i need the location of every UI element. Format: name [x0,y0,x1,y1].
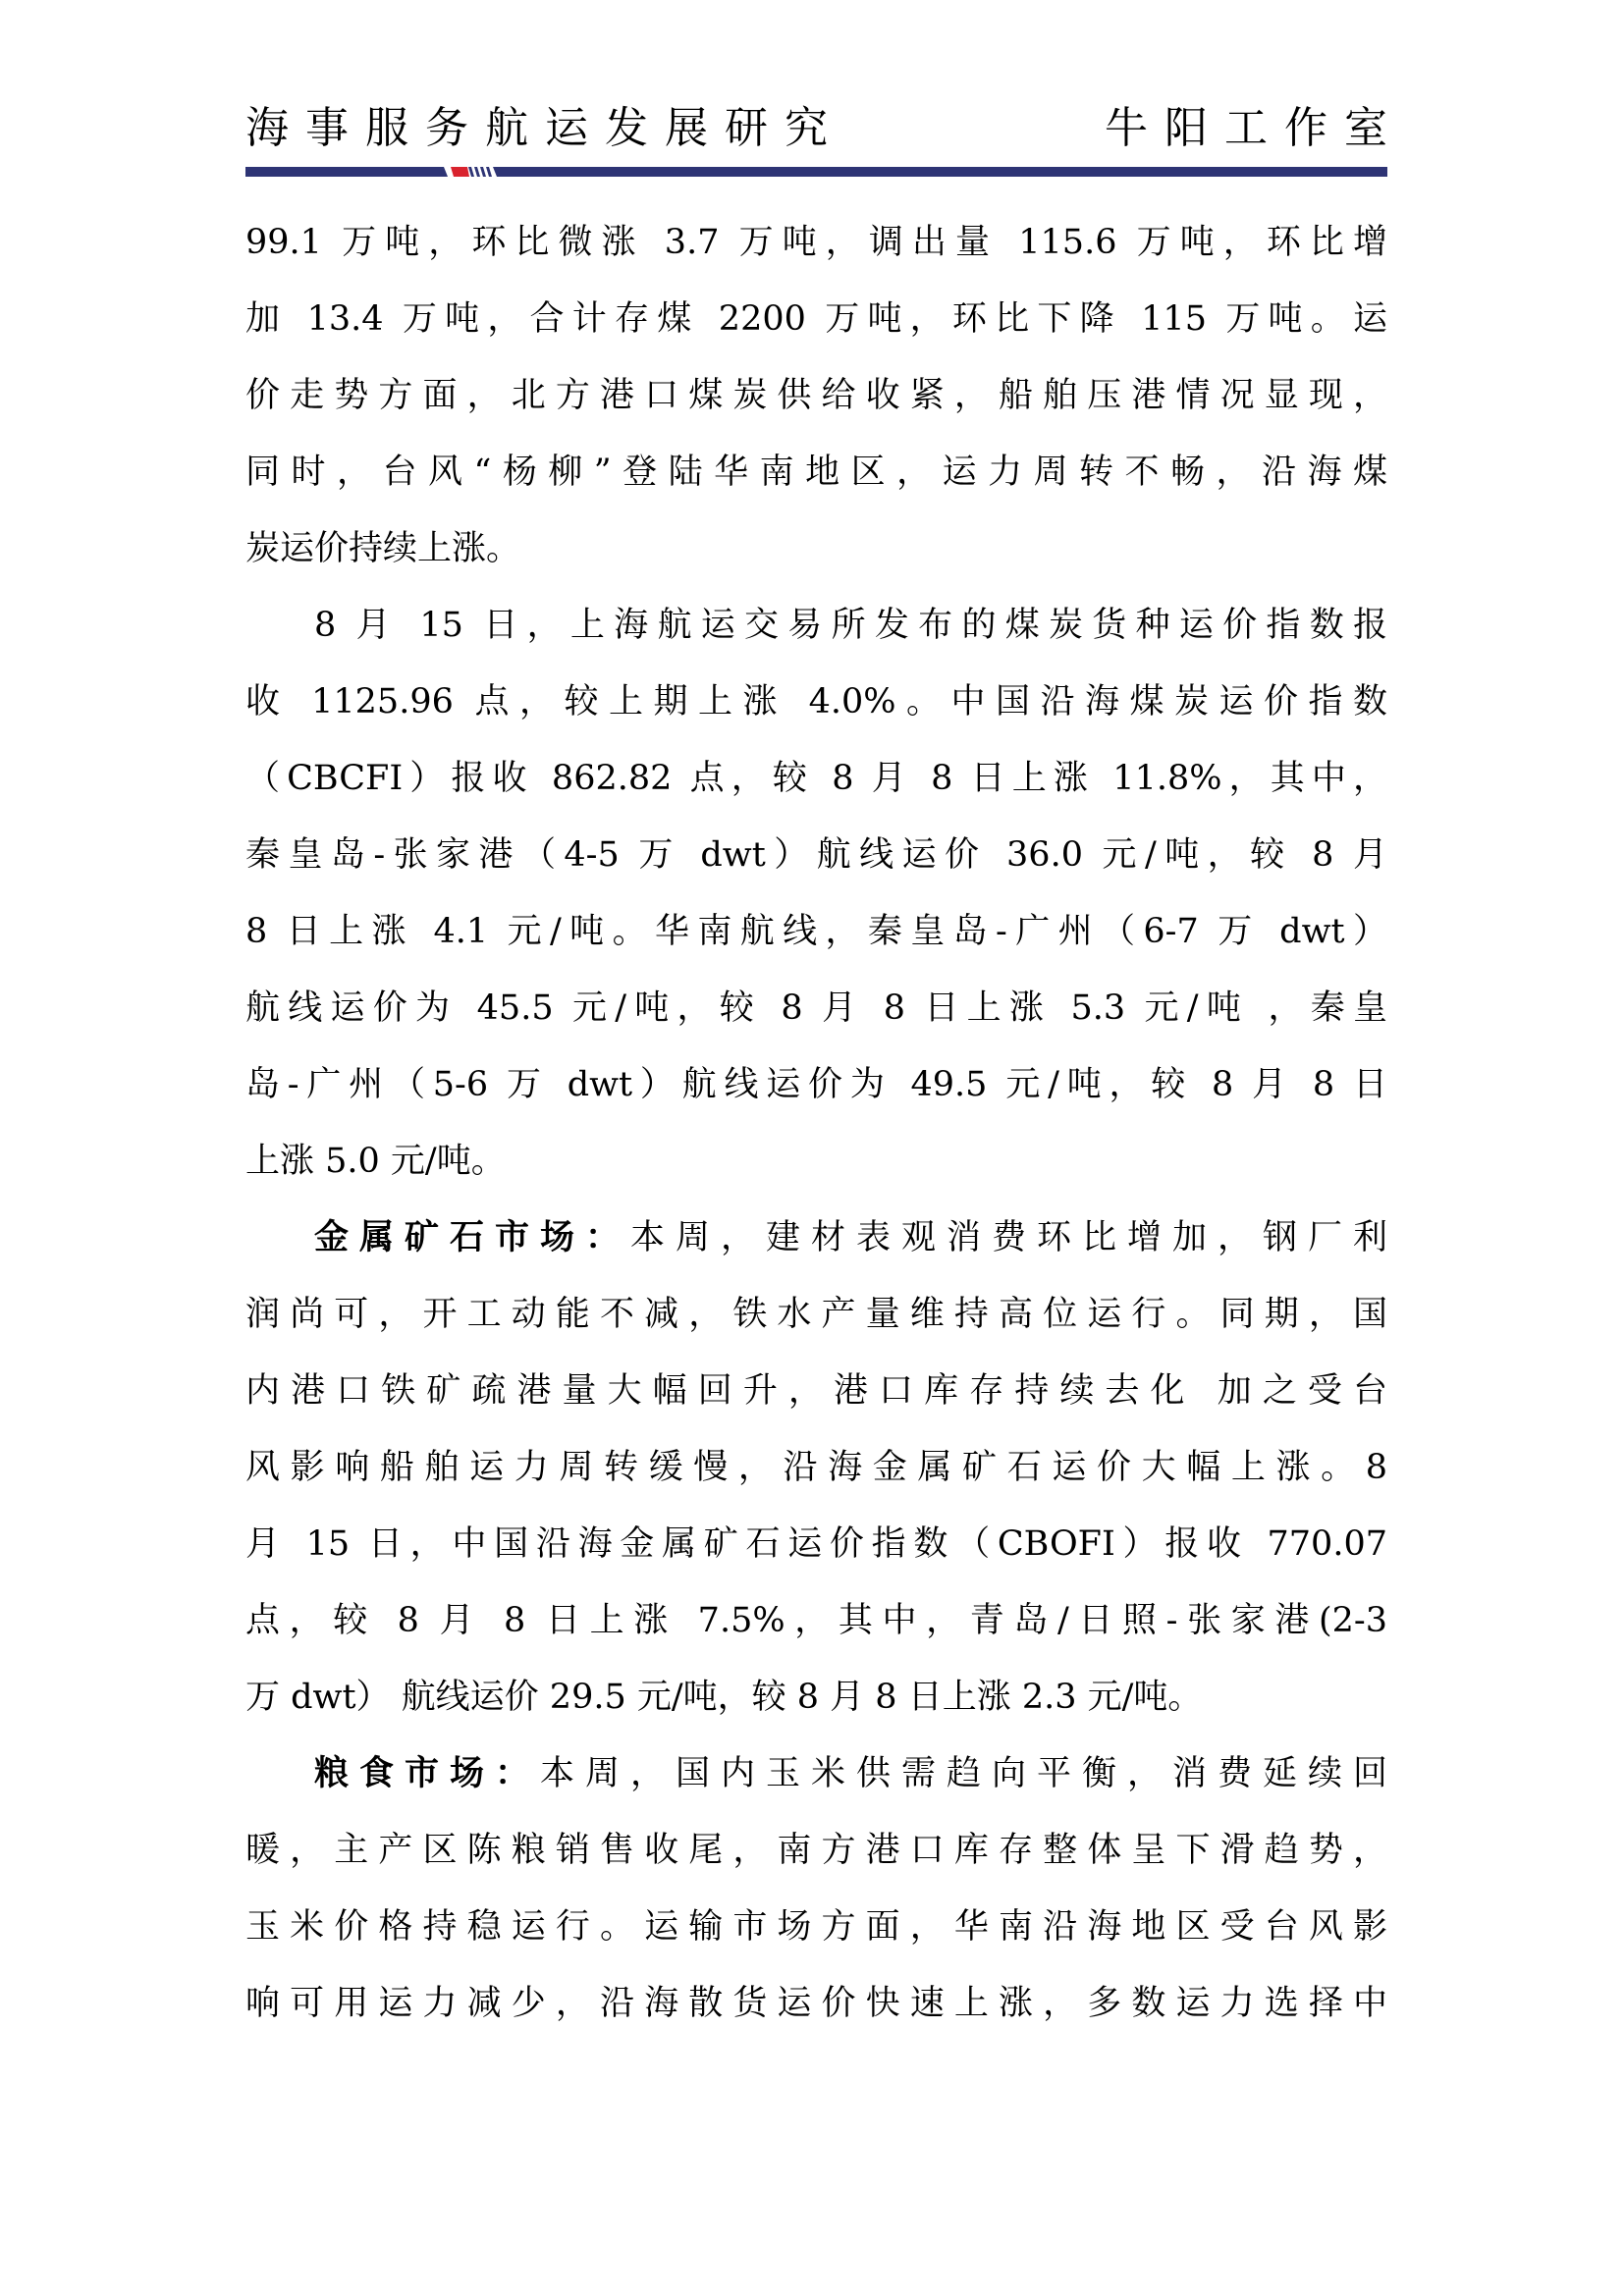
text-line: 价走势方面，北方港口煤炭供给收紧，船舶压港情况显现， [245,357,1387,434]
text-span: 本周，建材表观消费环比增加，钢厂利 [630,1218,1387,1257]
text-line: 粮食市场：本周，国内玉米供需趋向平衡，消费延续回 [245,1735,1387,1812]
text-line: 上涨 5.0 元/吨。 [245,1123,1387,1200]
document-body: 99.1 万吨，环比微涨 3.7 万吨，调出量 115.6 万吨，环比增 加 1… [245,204,1387,2042]
paragraph-coal-stock: 99.1 万吨，环比微涨 3.7 万吨，调出量 115.6 万吨，环比增 加 1… [245,204,1387,587]
text-line: 航线运价为 45.5 元/吨，较 8 月 8 日上涨 5.3 元/吨 ，秦皇 [245,970,1387,1046]
text-line: 8 日上涨 4.1 元/吨。华南航线，秦皇岛-广州（6-7 万 dwt） [245,893,1387,970]
section-lead-grain: 粮食市场： [314,1754,540,1793]
section-lead-metal-ore: 金属矿石市场： [314,1218,630,1257]
text-line: 万 dwt） 航线运价 29.5 元/吨，较 8 月 8 日上涨 2.3 元/吨… [245,1659,1387,1735]
text-line: 润尚可，开工动能不减，铁水产量维持高位运行。同期，国 [245,1276,1387,1353]
text-line: 收 1125.96 点，较上期上涨 4.0%。中国沿海煤炭运价指数 [245,664,1387,740]
studio-name: 牛阳工作室 [1105,98,1404,159]
text-line: 点，较 8 月 8 日上涨 7.5%，其中，青岛/日照-张家港(2-3 [245,1582,1387,1659]
text-line: 岛-广州（5-6 万 dwt）航线运价为 49.5 元/吨，较 8 月 8 日 [245,1046,1387,1123]
text-line: 加 13.4 万吨，合计存煤 2200 万吨，环比下降 115 万吨。运 [245,281,1387,357]
header-rule [245,167,1387,177]
text-line: 内港口铁矿疏港量大幅回升，港口库存持续去化 加之受台 [245,1353,1387,1429]
paragraph-coal-freight-index: 8 月 15 日，上海航运交易所发布的煤炭货种运价指数报 收 1125.96 点… [245,587,1387,1200]
page-header: 海事服务航运发展研究 牛阳工作室 [245,98,1387,159]
header-rule-accent-icon [438,167,501,177]
text-line: 响可用运力减少，沿海散货运价快速上涨，多数运力选择中 [245,1965,1387,2042]
text-line: 99.1 万吨，环比微涨 3.7 万吨，调出量 115.6 万吨，环比增 [245,204,1387,281]
text-line: （CBCFI）报收 862.82 点，较 8 月 8 日上涨 11.8%，其中， [245,740,1387,817]
header-rule-bar-right [501,167,1387,177]
text-line: 月 15 日，中国沿海金属矿石运价指数（CBOFI）报收 770.07 [245,1506,1387,1582]
text-line: 玉米价格持稳运行。运输市场方面，华南沿海地区受台风影 [245,1889,1387,1965]
text-line: 炭运价持续上涨。 [245,510,1387,587]
text-line: 秦皇岛-张家港（4-5 万 dwt）航线运价 36.0 元/吨，较 8 月 [245,817,1387,893]
paragraph-metal-ore-market: 金属矿石市场：本周，建材表观消费环比增加，钢厂利 润尚可，开工动能不减，铁水产量… [245,1200,1387,1735]
text-line: 8 月 15 日，上海航运交易所发布的煤炭货种运价指数报 [245,587,1387,664]
text-span: 本周，国内玉米供需趋向平衡，消费延续回 [540,1754,1387,1793]
text-line: 同时，台风“杨柳”登陆华南地区，运力周转不畅，沿海煤 [245,434,1387,510]
text-line: 金属矿石市场：本周，建材表观消费环比增加，钢厂利 [245,1200,1387,1276]
text-line: 风影响船舶运力周转缓慢，沿海金属矿石运价大幅上涨。8 [245,1429,1387,1506]
paragraph-grain-market: 粮食市场：本周，国内玉米供需趋向平衡，消费延续回 暖，主产区陈粮销售收尾，南方港… [245,1735,1387,2042]
header-rule-bar-left [245,167,438,177]
text-line: 暖，主产区陈粮销售收尾，南方港口库存整体呈下滑趋势， [245,1812,1387,1889]
publication-title: 海事服务航运发展研究 [245,98,844,159]
